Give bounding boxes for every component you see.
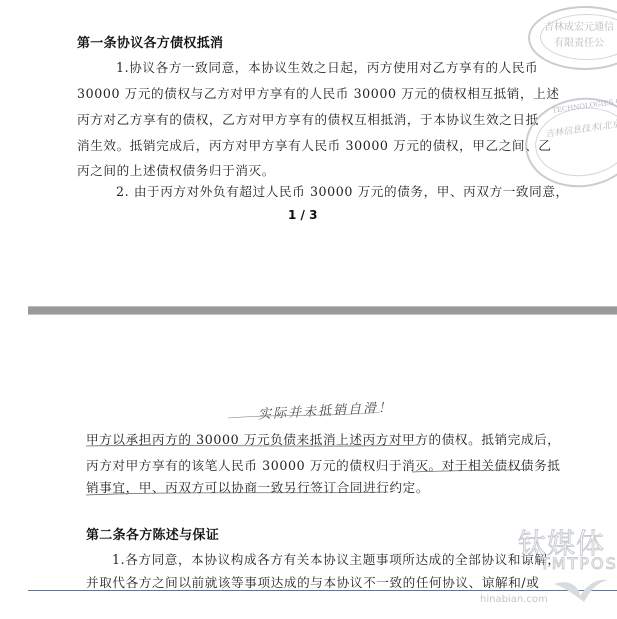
company-seal-stamp: 吉林成宏元通信 有限责任公 — [528, 6, 617, 70]
page-bottom-rule — [28, 590, 617, 591]
paragraph-line: 1.协议各方一致同意，本协议生效之日起，丙方使用对乙方享有的人民币 — [116, 57, 538, 76]
paragraph-line: 销事宜，甲、丙双方可以协商一致另行签订合同进行约定。 — [86, 477, 429, 496]
company-seal-stamp: TECHNOLOGIES CO.,LTD 吉林信息技术(北京)有 — [519, 91, 617, 195]
watermark-bird-icon — [550, 566, 610, 606]
paragraph-line: 1.各方同意，本协议构成各方有关本协议主题事项所达成的全部协议和谅解， — [112, 549, 561, 568]
paragraph-line: 2. 由于丙方对外负有超过人民币 30000 万元的债务，甲、丙双方一致同意， — [116, 181, 569, 200]
paragraph-line: 丙之间的上述债权债务归于消灭。 — [77, 160, 275, 179]
section-heading-2: 第二条各方陈述与保证 — [86, 524, 219, 543]
paragraph-line: 30000 万元的债权与乙方对甲方享有的人民币 30000 万元的债权相互抵销，… — [77, 83, 560, 102]
paragraph-line: 丙方对甲方享有的该笔人民币 30000 万元的债权归于消灭。对于相关债权债务抵 — [86, 455, 560, 474]
paragraph-line: 并取代各方之间以前就该等事项达成的与本协议不一致的任何协议、谅解和/或 — [86, 572, 539, 591]
paragraph-line: 甲方以承担丙方的 30000 万元负债来抵消上述丙方对甲方的债权。抵销完成后， — [86, 429, 560, 448]
document-page-1: 第一条协议各方债权抵消 1.协议各方一致同意，本协议生效之日起，丙方使用对乙方享… — [0, 0, 617, 305]
seal-text: 吉林成宏元通信 — [544, 18, 614, 33]
page-number: 1 / 3 — [288, 208, 317, 222]
paragraph-line: 消生效。抵销完成后，丙方对甲方享有人民币 30000 万元的债权，甲乙之间、乙 — [77, 135, 551, 154]
section-heading-1: 第一条协议各方债权抵消 — [77, 32, 223, 51]
paragraph-line: 丙方对乙方享有的债权，乙方对甲方享有的债权互相抵消，于本协议生效之日抵 — [77, 109, 539, 128]
watermark-url: hinabian.com — [480, 594, 548, 605]
seal-inner-ring — [531, 102, 617, 183]
seal-text: 有限责任公 — [554, 34, 604, 49]
